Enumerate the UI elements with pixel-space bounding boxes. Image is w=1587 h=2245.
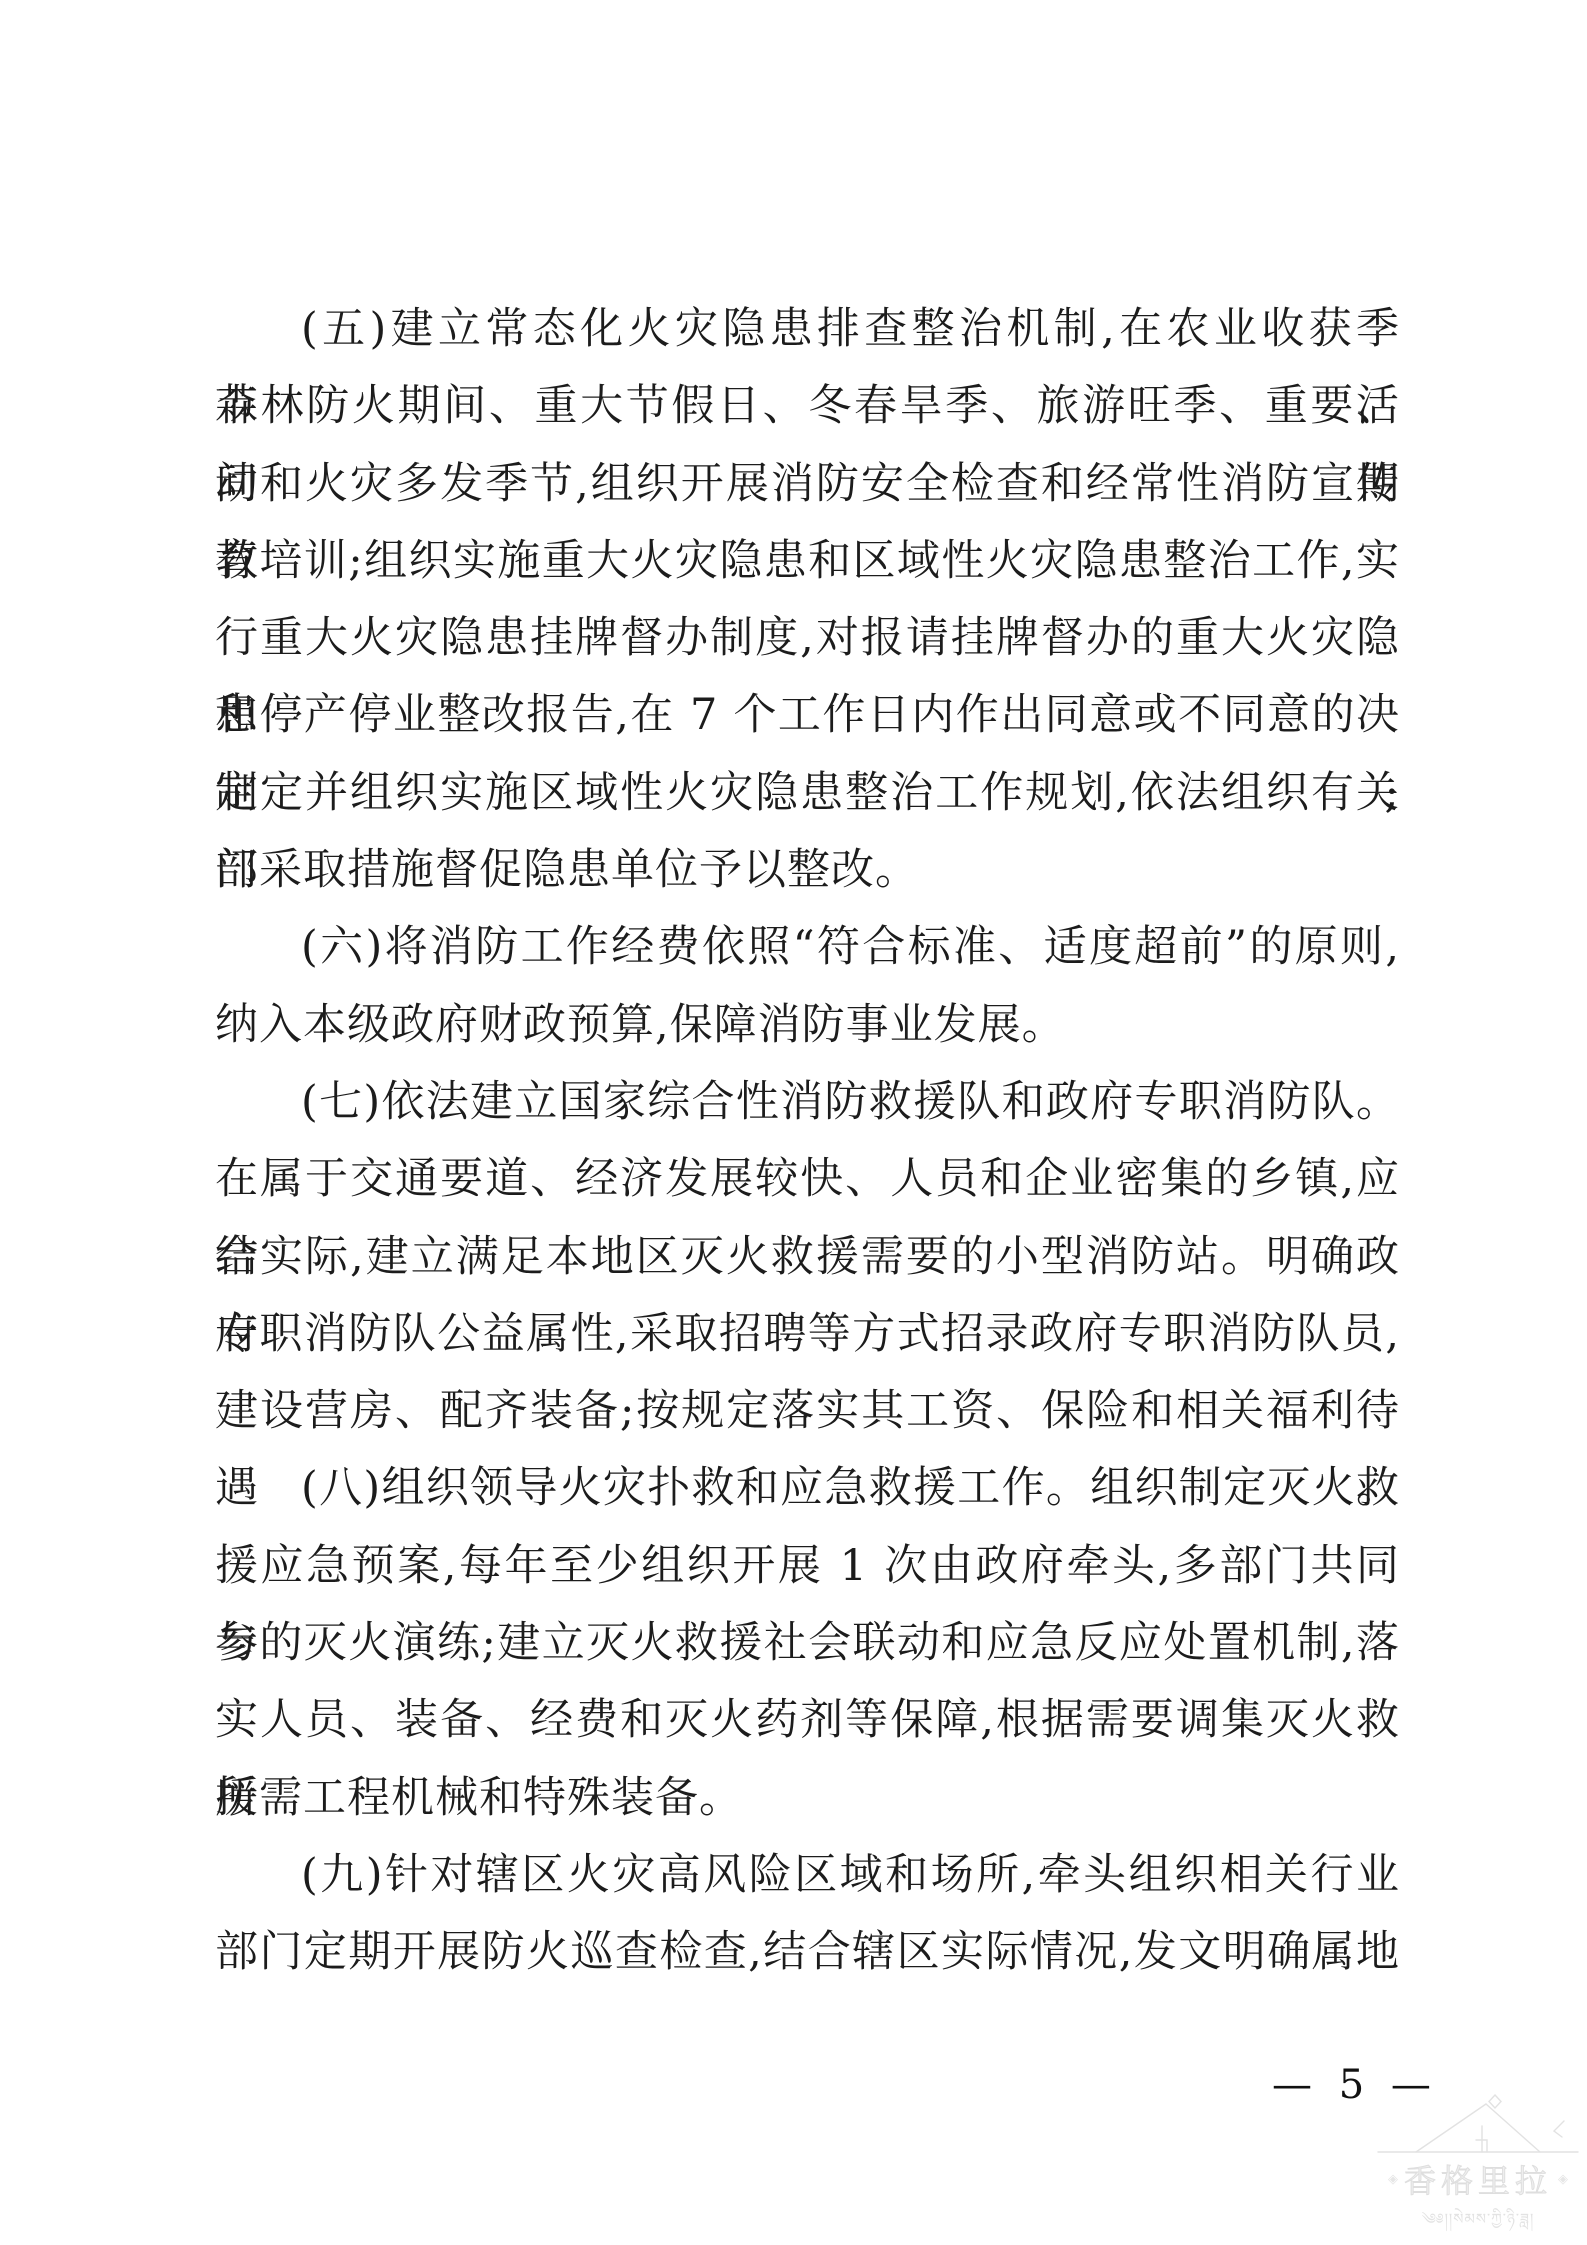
- document-body: (五)建立常态化火灾隐患排查整治机制,在农业收获季节、 森林防火期间、重大节假日…: [215, 291, 1400, 1992]
- text-line: 实人员、装备、经费和灭火药剂等保障,根据需要调集灭火救援: [215, 1682, 1400, 1759]
- diamond-ornament-icon: ◈: [1558, 2172, 1568, 2187]
- paragraph-item-9: (九)针对辖区火灾高风险区域和场所,牵头组织相关行业 部门定期开展防火巡查检查,…: [215, 1837, 1400, 1992]
- text-line: 所需工程机械和特殊装备。: [215, 1760, 1400, 1837]
- text-line: 在属于交通要道、经济发展较快、人员和企业密集的乡镇,应结: [215, 1141, 1400, 1218]
- diamond-ornament-icon: ◈: [1388, 2172, 1398, 2187]
- paragraph-item-7: (七)依法建立国家综合性消防救援队和政府专职消防队。 在属于交通要道、经济发展较…: [215, 1064, 1400, 1450]
- paragraph-item-6: (六)将消防工作经费依照“符合标准、适度超前”的原则, 纳入本级政府财政预算,保…: [215, 909, 1400, 1064]
- text-line: 专职消防队公益属性,采取招聘等方式招录政府专职消防队员,: [215, 1296, 1400, 1373]
- text-line: (八)组织领导火灾扑救和应急救援工作。组织制定灭火救: [215, 1450, 1400, 1527]
- text-line: 纳入本级政府财政预算,保障消防事业发展。: [215, 987, 1400, 1064]
- text-line: 与的灭火演练;建立灭火救援社会联动和应急反应处置机制,落: [215, 1605, 1400, 1682]
- text-line: (七)依法建立国家综合性消防救援队和政府专职消防队。: [215, 1064, 1400, 1141]
- text-line: (五)建立常态化火灾隐患排查整治机制,在农业收获季节、: [215, 291, 1400, 368]
- text-line: (六)将消防工作经费依照“符合标准、适度超前”的原则,: [215, 909, 1400, 986]
- watermark-label: 香格里拉: [1404, 2156, 1552, 2202]
- text-line: 行重大火灾隐患挂牌督办制度,对报请挂牌督办的重大火灾隐患: [215, 600, 1400, 677]
- text-line: 援应急预案,每年至少组织开展 1 次由政府牵头,多部门共同参: [215, 1528, 1400, 1605]
- text-line: 合实际,建立满足本地区灭火救援需要的小型消防站。明确政府: [215, 1219, 1400, 1296]
- text-line: 部门定期开展防火巡查检查,结合辖区实际情况,发文明确属地: [215, 1914, 1400, 1991]
- text-line: 制定并组织实施区域性火灾隐患整治工作规划,依法组织有关部: [215, 755, 1400, 832]
- text-line: 森林防火期间、重大节假日、冬春旱季、旅游旺季、重要活动期: [215, 368, 1400, 445]
- text-line: 和停产停业整改报告,在 7 个工作日内作出同意或不同意的决定;: [215, 677, 1400, 754]
- page-number: — 5 —: [1272, 2062, 1438, 2108]
- paragraph-item-8: (八)组织领导火灾扑救和应急救援工作。组织制定灭火救 援应急预案,每年至少组织开…: [215, 1450, 1400, 1836]
- text-line: 门采取措施督促隐患单位予以整改。: [215, 832, 1400, 909]
- document-page: (五)建立常态化火灾隐患排查整治机制,在农业收获季节、 森林防火期间、重大节假日…: [0, 0, 1587, 2245]
- text-line: 建设营房、配齐装备;按规定落实其工资、保险和相关福利待遇。: [215, 1373, 1400, 1450]
- text-line: 间和火灾多发季节,组织开展消防安全检查和经常性消防宣传教: [215, 446, 1400, 523]
- text-line: (九)针对辖区火灾高风险区域和场所,牵头组织相关行业: [215, 1837, 1400, 1914]
- shangri-la-watermark: ◈ 香格里拉 ◈ ༄༅།།སེམས་ཀྱི་ཉི་ཟླ།: [1373, 2094, 1583, 2245]
- paragraph-item-5: (五)建立常态化火灾隐患排查整治机制,在农业收获季节、 森林防火期间、重大节假日…: [215, 291, 1400, 909]
- text-line: 育培训;组织实施重大火灾隐患和区域性火灾隐患整治工作,实: [215, 523, 1400, 600]
- watermark-tibetan-text: ༄༅།།སེམས་ཀྱི་ཉི་ཟླ།: [1373, 2203, 1583, 2245]
